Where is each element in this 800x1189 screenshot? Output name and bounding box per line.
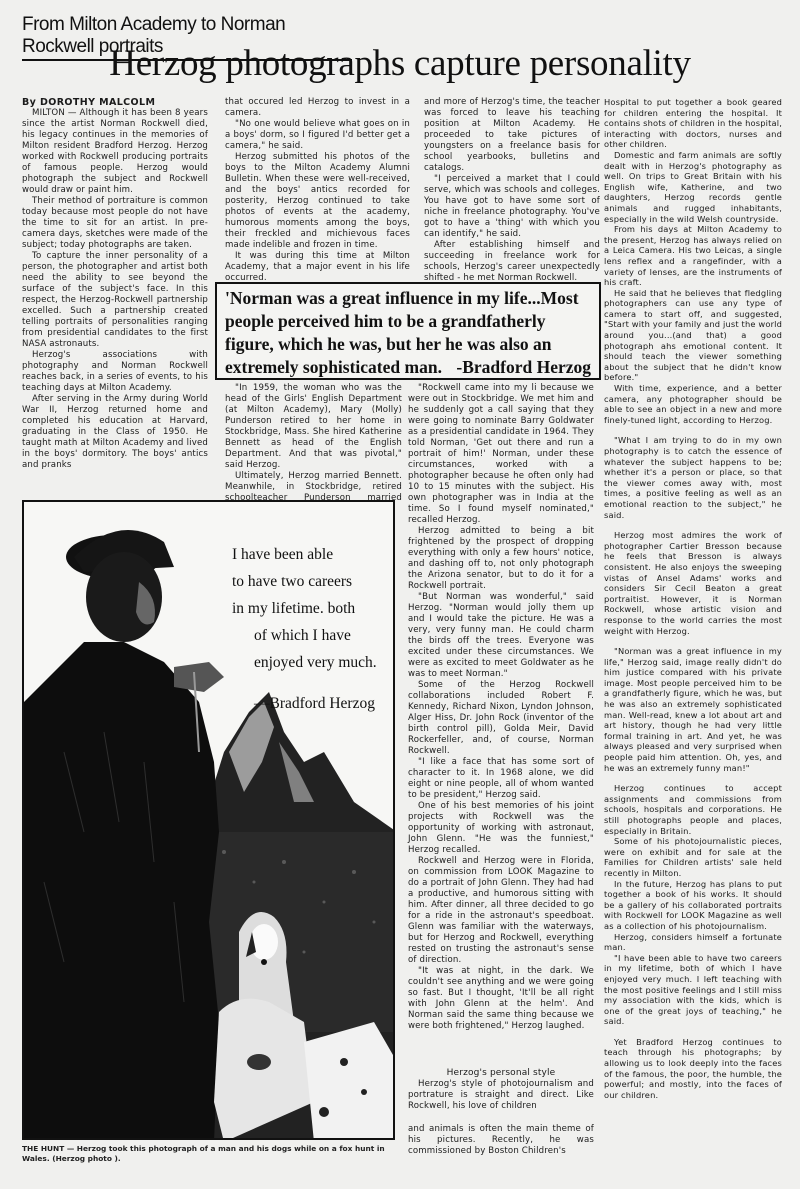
photo-quote-line: I have been able [232, 541, 402, 568]
paragraph: "I have been able to have two careers in… [604, 953, 782, 1027]
paragraph: and animals is often the main theme of h… [408, 1124, 594, 1157]
paragraph: Some of his photojournalistic pieces, we… [604, 836, 782, 878]
paragraph: "Norman was a great influence in my life… [604, 646, 782, 773]
paragraph: In the future, Herzog has plans to put t… [604, 879, 782, 932]
paragraph: "I perceived a market that I could serve… [424, 174, 600, 240]
paragraph: and more of Herzog's time, the teacher w… [424, 97, 600, 174]
photo-quote-line: in my lifetime. both [232, 595, 402, 622]
paragraph: Herzog most admires the work of photogra… [604, 530, 782, 636]
byline: By DOROTHY MALCOLM [22, 97, 208, 108]
paragraph: Herzog admitted to being a bit frightene… [408, 526, 594, 592]
photo-quote-line: of which I have [232, 622, 402, 649]
paragraph: Domestic and farm animals are softly dea… [604, 150, 782, 224]
paragraph: From his days at Milton Academy to the p… [604, 224, 782, 288]
paragraph: Herzog, considers himself a fortunate ma… [604, 932, 782, 953]
pull-quote-attribution: -Bradford Herzog [456, 356, 591, 379]
column-3-bottom: "Rockwell came into my li because we wer… [408, 383, 594, 1157]
paragraph: "Rockwell came into my li because we wer… [408, 383, 594, 526]
paragraph: Yet Bradford Herzog continues to teach t… [604, 1037, 782, 1101]
column-3-top: and more of Herzog's time, the teacher w… [424, 97, 600, 284]
paragraph: Some of the Herzog Rockwell collaboratio… [408, 680, 594, 757]
paragraph: that occured led Herzog to invest in a c… [225, 97, 410, 119]
paragraph: "It was at night, in the dark. We couldn… [408, 966, 594, 1032]
paragraph: Their method of portraiture is common to… [22, 196, 208, 251]
paragraph: Rockwell and Herzog were in Florida, on … [408, 856, 594, 966]
pull-quote: 'Norman was a great influence in my life… [215, 282, 601, 380]
paragraph: It was during this time at Milton Academ… [225, 251, 410, 284]
paragraph: MILTON — Although it has been 8 years si… [22, 108, 208, 196]
paragraph: Herzog's associations with photography a… [22, 350, 208, 394]
paragraph: "What I am trying to do in my own photog… [604, 435, 782, 520]
column-2-top: that occured led Herzog to invest in a c… [225, 97, 410, 284]
photo-quote-attribution: —Bradford Herzog [254, 690, 402, 717]
paragraph: He said that he believes that fledgling … [604, 288, 782, 383]
paragraph: Hospital to put together a book geared f… [604, 97, 782, 150]
column-1: By DOROTHY MALCOLM MILTON — Although it … [22, 97, 208, 471]
photo-quote-line: enjoyed very much. [232, 649, 402, 676]
column-4: Hospital to put together a book geared f… [604, 97, 782, 1100]
paragraph: "In 1959, the woman who was the head of … [225, 383, 402, 471]
paragraph: "I like a face that has some sort of cha… [408, 757, 594, 801]
photo-caption: THE HUNT — Herzog took this photograph o… [22, 1144, 402, 1164]
paragraph: To capture the inner personality of a pe… [22, 251, 208, 350]
paragraph: One of his best memories of his joint pr… [408, 801, 594, 856]
paragraph: Herzog's style of photojournalism and po… [408, 1079, 594, 1112]
paragraph: Herzog continues to accept assignments a… [604, 783, 782, 836]
photo-quote-line: to have two careers [232, 568, 402, 595]
paragraph: "No one would believe what goes on in a … [225, 119, 410, 152]
paragraph: With time, experience, and a better came… [604, 383, 782, 425]
paragraph: Herzog submitted his photos of the boys … [225, 152, 410, 251]
paragraph: "But Norman was wonderful," said Herzog.… [408, 592, 594, 680]
paragraph: After establishing himself and succeedin… [424, 240, 600, 284]
photo-quote: I have been able to have two careers in … [232, 541, 402, 717]
paragraph: After serving in the Army during World W… [22, 394, 208, 471]
subhead: Herzog's personal style [408, 1068, 594, 1079]
headline: Herzog photographs capture personality [0, 44, 800, 84]
